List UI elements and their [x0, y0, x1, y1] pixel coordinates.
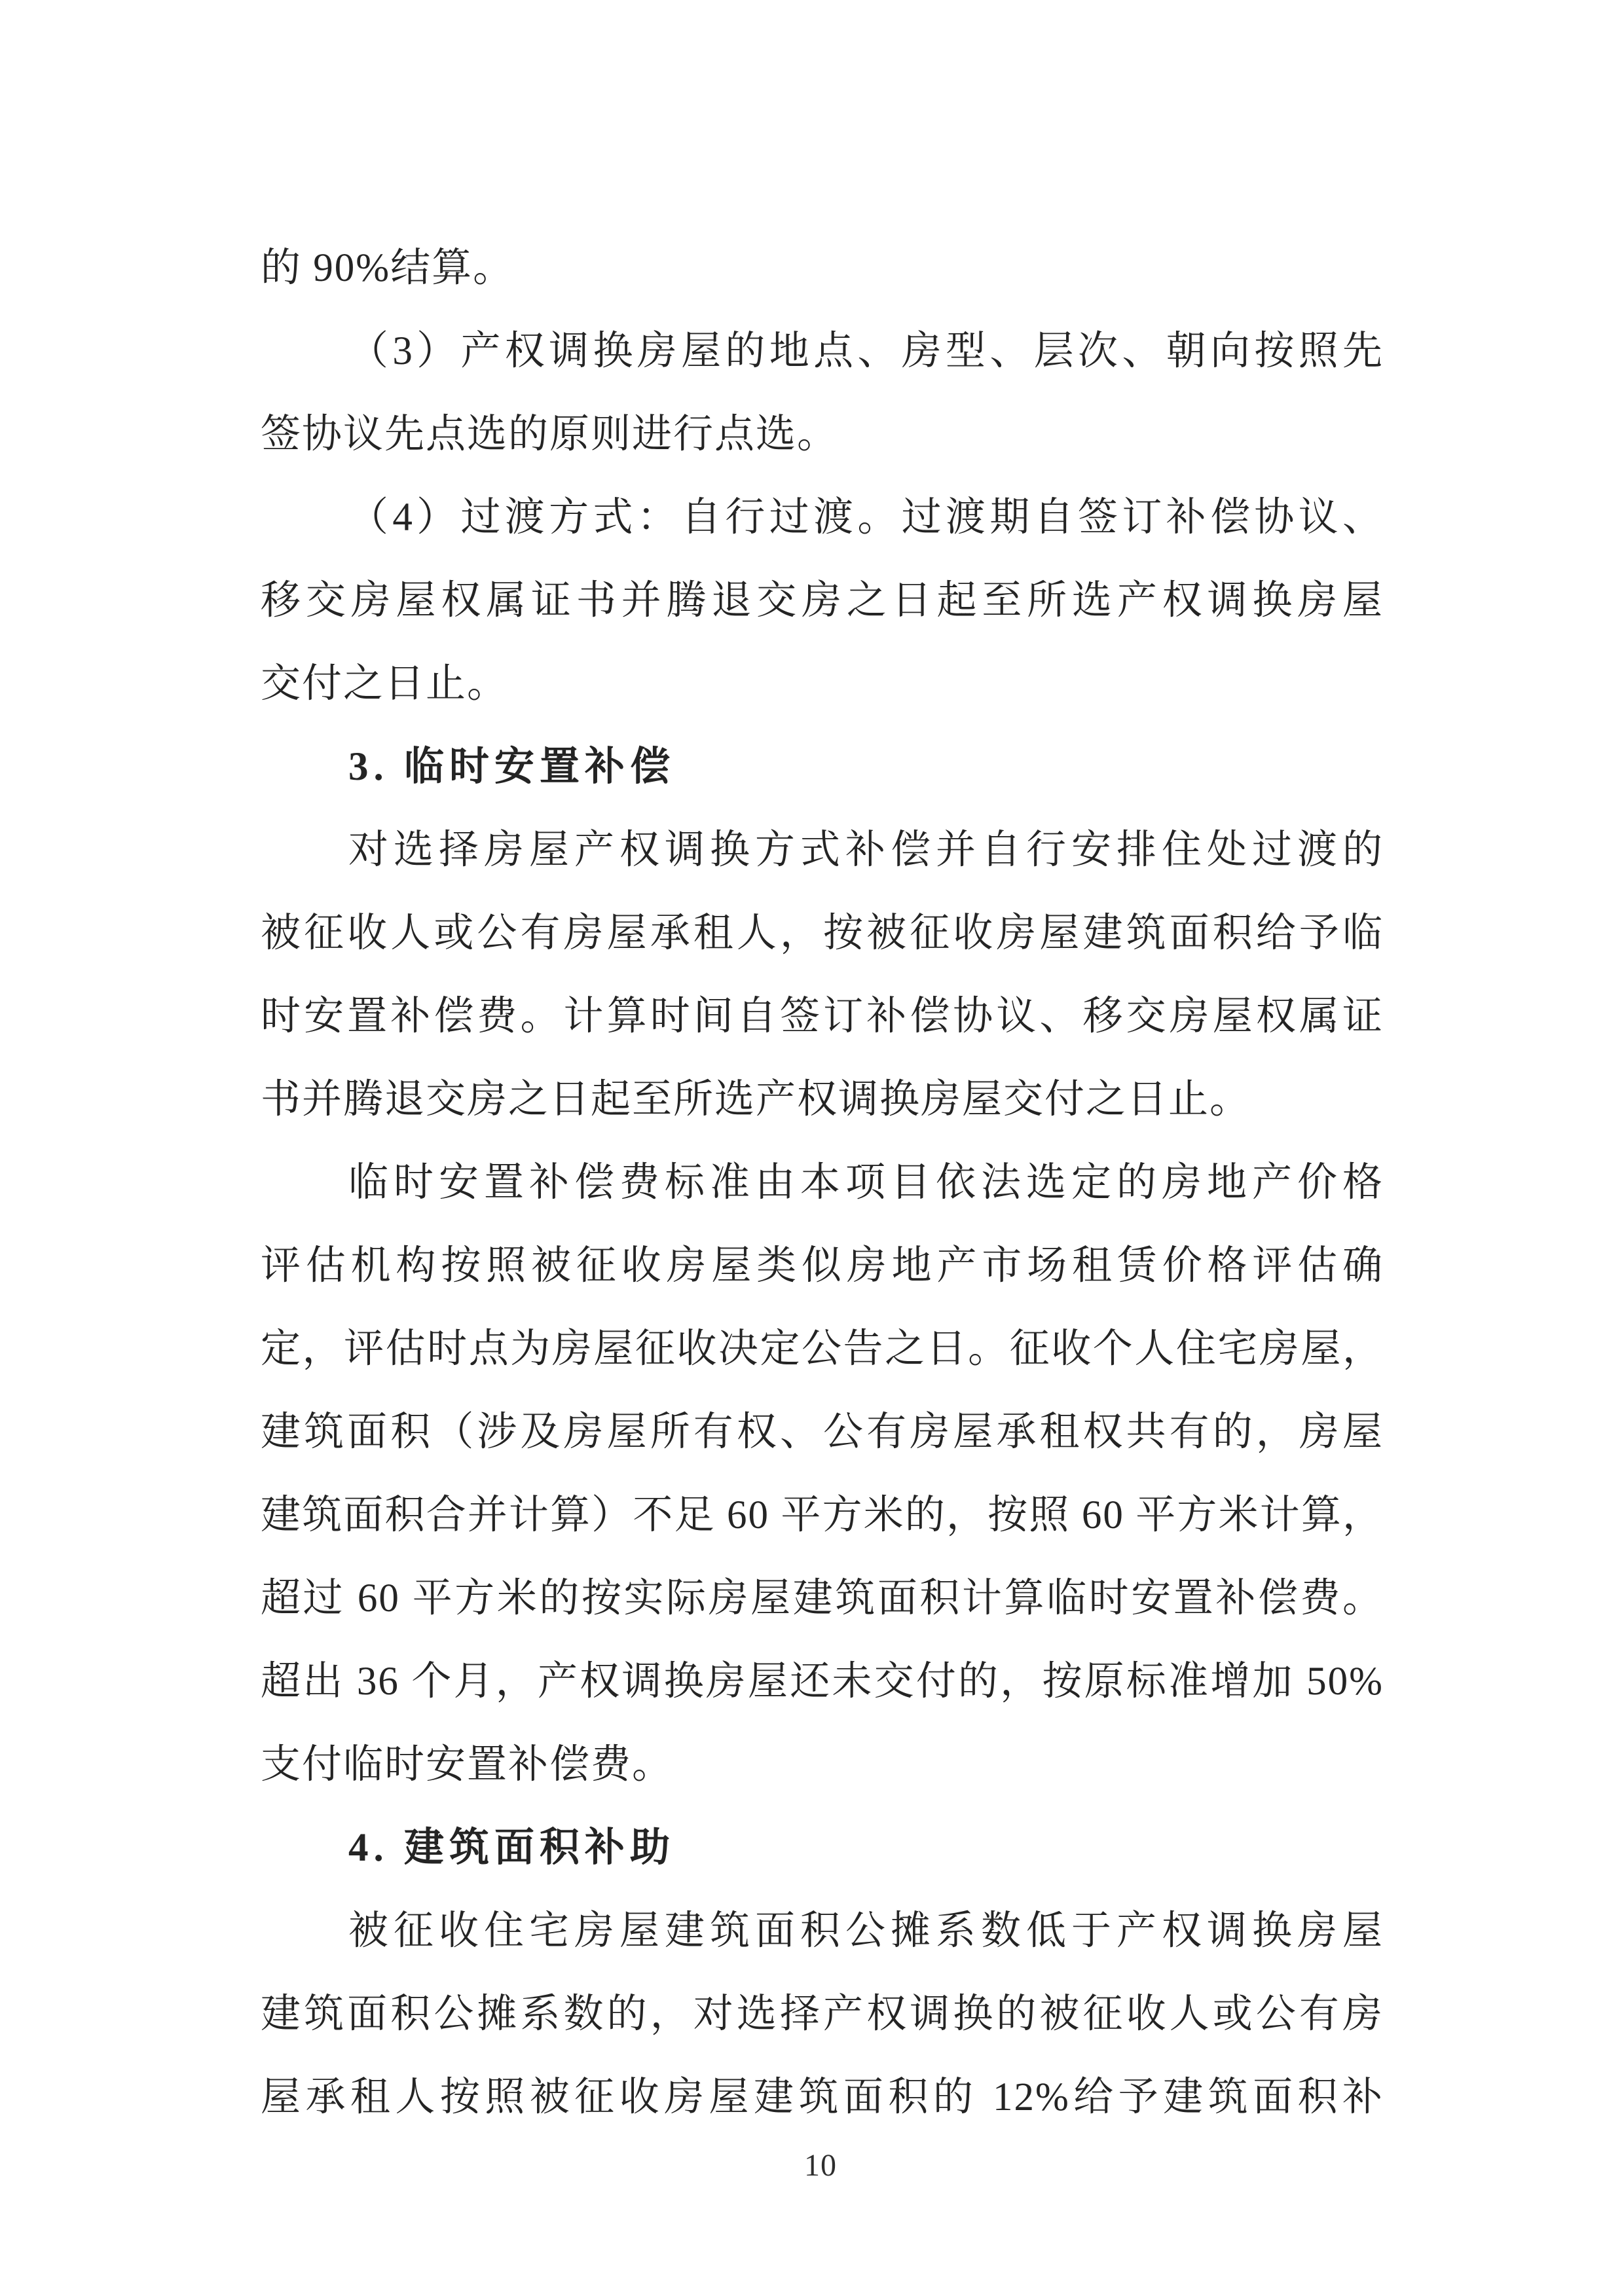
text-line: 建筑面积合并计算）不足 60 平方米的，按照 60 平方米计算，: [261, 1474, 1384, 1557]
text-line: 时安置补偿费。计算时间自签订补偿协议、移交房屋权属证: [261, 975, 1384, 1058]
text-line: （4）过渡方式：自行过渡。过渡期自签订补偿协议、: [261, 476, 1384, 559]
text-line: 被征收人或公有房屋承租人，按被征收房屋建筑面积给予临: [261, 892, 1384, 975]
text-line: 被征收住宅房屋建筑面积公摊系数低于产权调换房屋: [261, 1889, 1384, 1973]
text-line: 的 90%结算。: [261, 227, 1384, 310]
text-line: 对选择房屋产权调换方式补偿并自行安排住处过渡的: [261, 809, 1384, 892]
page-number: 10: [0, 2147, 1624, 2184]
section-heading: 4. 建筑面积补助: [261, 1806, 1384, 1889]
document-body: 的 90%结算。 （3）产权调换房屋的地点、房型、层次、朝向按照先 签协议先点选…: [261, 227, 1384, 2139]
text-line: 书并腾退交房之日起至所选产权调换房屋交付之日止。: [261, 1058, 1384, 1141]
document-page: 的 90%结算。 （3）产权调换房屋的地点、房型、层次、朝向按照先 签协议先点选…: [0, 0, 1624, 2296]
text-line: 签协议先点选的原则进行点选。: [261, 393, 1384, 476]
text-line: 移交房屋权属证书并腾退交房之日起至所选产权调换房屋: [261, 559, 1384, 642]
section-heading: 3. 临时安置补偿: [261, 725, 1384, 809]
text-line: 定，评估时点为房屋征收决定公告之日。征收个人住宅房屋，: [261, 1307, 1384, 1391]
text-line: 超过 60 平方米的按实际房屋建筑面积计算临时安置补偿费。: [261, 1557, 1384, 1640]
text-line: （3）产权调换房屋的地点、房型、层次、朝向按照先: [261, 310, 1384, 393]
text-line: 建筑面积公摊系数的，对选择产权调换的被征收人或公有房: [261, 1973, 1384, 2056]
text-line: 临时安置补偿费标准由本项目依法选定的房地产价格: [261, 1141, 1384, 1224]
text-line: 交付之日止。: [261, 642, 1384, 725]
text-line: 支付临时安置补偿费。: [261, 1723, 1384, 1806]
text-line: 评估机构按照被征收房屋类似房地产市场租赁价格评估确: [261, 1224, 1384, 1307]
text-line: 建筑面积（涉及房屋所有权、公有房屋承租权共有的，房屋: [261, 1391, 1384, 1474]
text-line: 超出 36 个月，产权调换房屋还未交付的，按原标准增加 50%: [261, 1640, 1384, 1723]
text-line: 屋承租人按照被征收房屋建筑面积的 12%给予建筑面积补: [261, 2056, 1384, 2139]
